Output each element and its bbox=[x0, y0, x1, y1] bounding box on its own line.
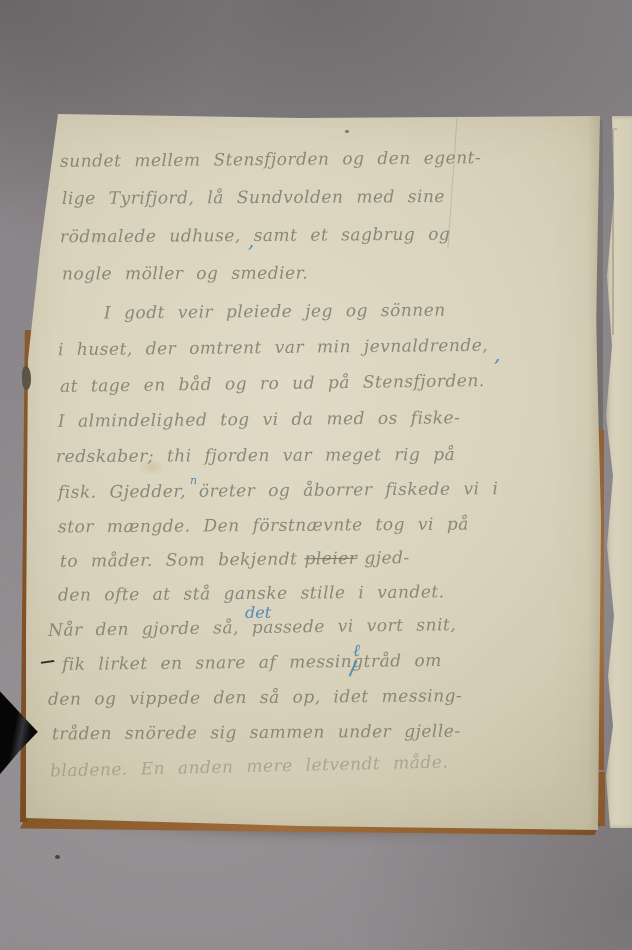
blue-caret-mark: n bbox=[190, 474, 197, 487]
blue-comma-mark: , bbox=[248, 228, 254, 252]
blue-slash-mark bbox=[349, 660, 358, 676]
photo-of-manuscript-page: sundet mellem Stensfjorden og den egent-… bbox=[0, 0, 632, 950]
corrections-layer: , , n det ℓ — bbox=[0, 0, 632, 950]
blue-letter-correction: ℓ bbox=[353, 641, 360, 661]
blue-inserted-word: det bbox=[245, 603, 271, 622]
blue-comma-mark: , bbox=[494, 342, 500, 366]
margin-dash-mark: — bbox=[39, 651, 56, 671]
